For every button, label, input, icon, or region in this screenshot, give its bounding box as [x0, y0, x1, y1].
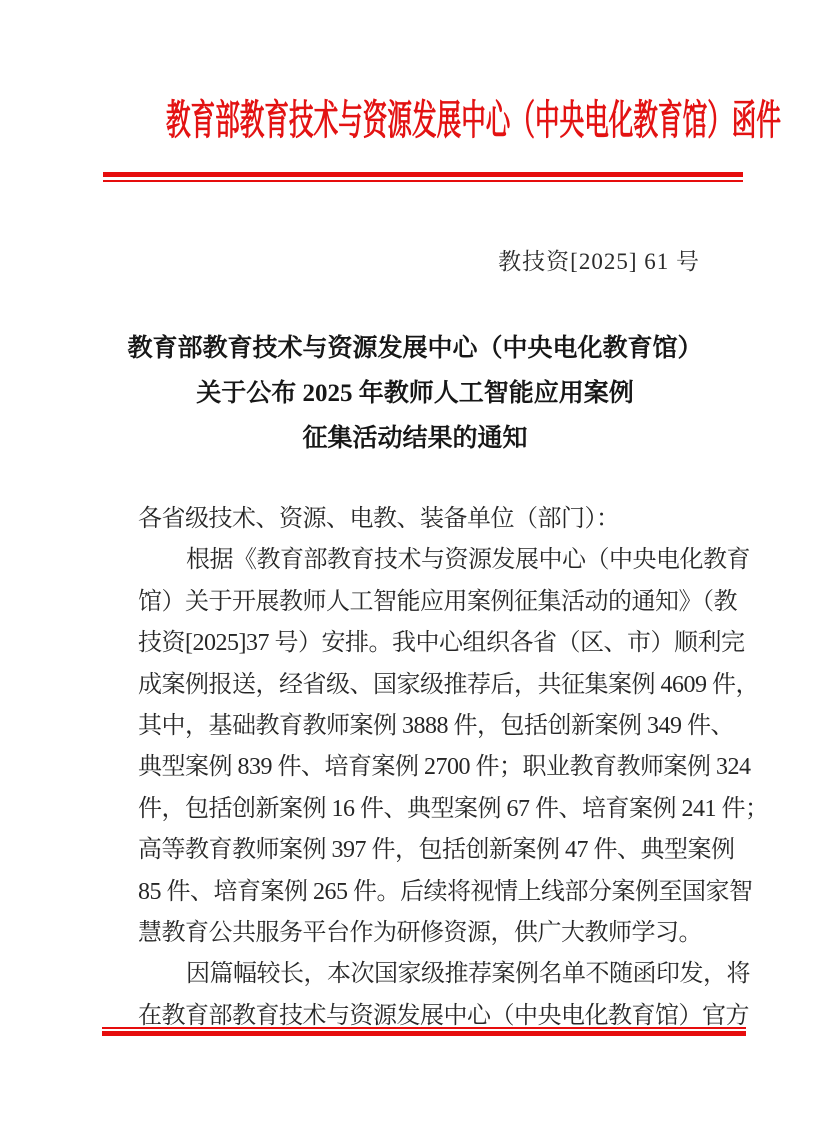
salutation: 各省级技术、资源、电教、装备单位（部门）：: [138, 499, 750, 540]
body-line: 典型案例 839 件、培育案例 2700 件；职业教育教师案例 324: [138, 747, 750, 788]
body-line: 85 件、培育案例 265 件。后续将视情上线部分案例至国家智: [138, 872, 750, 913]
body-line: 馆）关于开展教师人工智能应用案例征集活动的通知》（教: [138, 582, 750, 623]
body-line: 因篇幅较长，本次国家级推荐案例名单不随函印发，将: [138, 954, 750, 995]
body-line: 成案例报送，经省级、国家级推荐后，共征集案例 4609 件，: [138, 665, 750, 706]
letterhead-masthead: 教育部教育技术与资源发展中心（中央电化教育馆）函件: [166, 96, 664, 144]
title-line-3: 征集活动结果的通知: [0, 416, 830, 461]
body-line: 其中，基础教育教师案例 3888 件，包括创新案例 349 件、: [138, 706, 750, 747]
document-title: 教育部教育技术与资源发展中心（中央电化教育馆） 关于公布 2025 年教师人工智…: [0, 326, 830, 461]
reference-number: 教技资[2025] 61 号: [498, 243, 700, 276]
body-line: 根据《教育部教育技术与资源发展中心（中央电化教育: [138, 540, 750, 581]
letterhead-rule-thick: [103, 172, 743, 177]
body-line: 慧教育公共服务平台作为研修资源，供广大教师学习。: [138, 913, 750, 954]
letter-body: 各省级技术、资源、电教、装备单位（部门）： 根据《教育部教育技术与资源发展中心（…: [138, 499, 750, 1037]
letterhead-rule-thin: [103, 180, 743, 182]
body-line: 技资[2025]37 号）安排。我中心组织各省（区、市）顺利完: [138, 623, 750, 664]
title-line-1: 教育部教育技术与资源发展中心（中央电化教育馆）: [0, 326, 830, 371]
page-bottom-rule-thin: [102, 1027, 746, 1029]
page-bottom-rule-thick: [102, 1031, 746, 1036]
body-line: 高等教育教师案例 397 件，包括创新案例 47 件、典型案例: [138, 830, 750, 871]
title-line-2: 关于公布 2025 年教师人工智能应用案例: [0, 371, 830, 416]
body-line: 件，包括创新案例 16 件、典型案例 67 件、培育案例 241 件；: [138, 789, 750, 830]
